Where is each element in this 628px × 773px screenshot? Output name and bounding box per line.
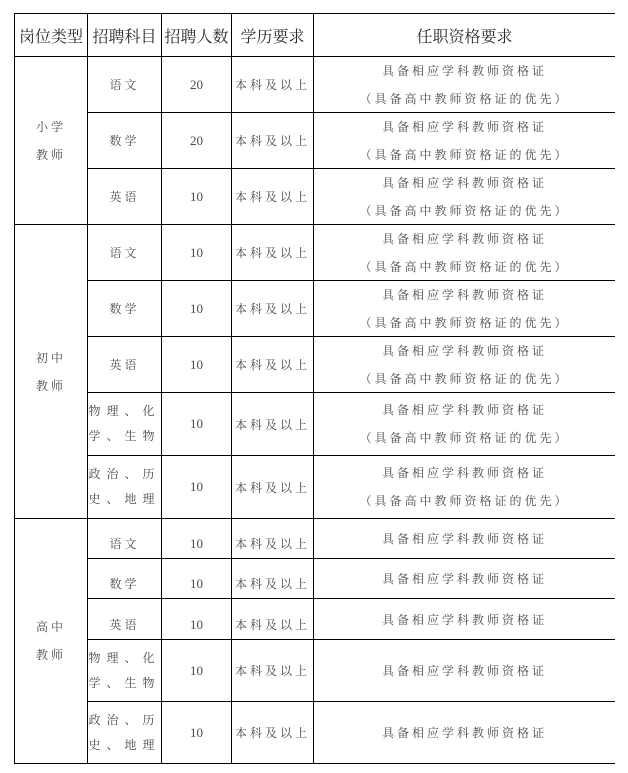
subject-line: 学、生物 <box>88 424 160 449</box>
education-cell: 本科及以上 <box>232 57 313 112</box>
education-cell: 本科及以上 <box>232 519 313 558</box>
qualification-line: 具备相应学科教师资格证 <box>382 225 547 253</box>
group-type-line: 小学 <box>36 113 66 141</box>
count-cell: 10 <box>162 599 231 639</box>
subject-cell: 语文 <box>88 225 161 280</box>
qualification-cell: 具备相应学科教师资格证 （具备高中教师资格证的优先） <box>314 337 615 392</box>
qualification-note: （具备高中教师资格证的优先） <box>359 197 569 225</box>
subject-cell: 物理、化 学、生物 <box>88 393 161 455</box>
qualification-cell: 具备相应学科教师资格证 （具备高中教师资格证的优先） <box>314 225 615 280</box>
education-cell: 本科及以上 <box>232 113 313 168</box>
qualification-line: 具备相应学科教师资格证 <box>382 113 547 141</box>
subject-line: 物理、化 <box>88 399 160 424</box>
subject-cell: 数学 <box>88 281 161 336</box>
subject-line: 政治、历 <box>88 462 160 487</box>
count-cell: 10 <box>162 225 231 280</box>
education-cell: 本科及以上 <box>232 169 313 224</box>
education-cell: 本科及以上 <box>232 337 313 392</box>
subject-cell: 语文 <box>88 57 161 112</box>
subject-cell: 英语 <box>88 599 161 639</box>
group-type-line: 教师 <box>36 641 66 669</box>
qualification-line: 具备相应学科教师资格证 <box>382 337 547 365</box>
subject-cell: 英语 <box>88 169 161 224</box>
qualification-cell: 具备相应学科教师资格证 （具备高中教师资格证的优先） <box>314 113 615 168</box>
count-cell: 10 <box>162 456 231 518</box>
qualification-cell: 具备相应学科教师资格证 （具备高中教师资格证的优先） <box>314 456 615 518</box>
count-cell: 10 <box>162 640 231 701</box>
qualification-note: （具备高中教师资格证的优先） <box>359 141 569 169</box>
education-cell: 本科及以上 <box>232 456 313 518</box>
subject-cell: 政治、历 史、地理 <box>88 702 161 763</box>
qualification-cell: 具备相应学科教师资格证 <box>314 519 615 558</box>
subject-cell: 数学 <box>88 113 161 168</box>
count-cell: 10 <box>162 702 231 763</box>
education-cell: 本科及以上 <box>232 559 313 598</box>
count-cell: 10 <box>162 519 231 558</box>
qualification-cell: 具备相应学科教师资格证 <box>314 599 615 639</box>
subject-line: 物理、化 <box>88 646 160 671</box>
education-cell: 本科及以上 <box>232 281 313 336</box>
education-cell: 本科及以上 <box>232 640 313 701</box>
count-cell: 10 <box>162 169 231 224</box>
qualification-line: 具备相应学科教师资格证 <box>382 169 547 197</box>
subject-line: 史、地理 <box>88 733 160 758</box>
qualification-line: 具备相应学科教师资格证 <box>382 396 547 424</box>
header-count: 招聘人数 <box>162 14 231 56</box>
count-cell: 10 <box>162 393 231 455</box>
subject-cell: 语文 <box>88 519 161 558</box>
qualification-note: （具备高中教师资格证的优先） <box>359 365 569 393</box>
group-type-line: 高中 <box>36 613 66 641</box>
count-cell: 20 <box>162 113 231 168</box>
education-cell: 本科及以上 <box>232 225 313 280</box>
subject-cell: 物理、化 学、生物 <box>88 640 161 701</box>
qualification-cell: 具备相应学科教师资格证 <box>314 559 615 598</box>
group-type-line: 初中 <box>36 344 66 372</box>
qualification-note: （具备高中教师资格证的优先） <box>359 309 569 337</box>
qualification-note: （具备高中教师资格证的优先） <box>359 487 569 515</box>
qualification-line: 具备相应学科教师资格证 <box>382 281 547 309</box>
header-education: 学历要求 <box>232 14 313 56</box>
header-position-type: 岗位类型 <box>15 14 87 56</box>
subject-line: 政治、历 <box>88 708 160 733</box>
subject-line: 史、地理 <box>88 487 160 512</box>
count-cell: 10 <box>162 559 231 598</box>
qualification-cell: 具备相应学科教师资格证 （具备高中教师资格证的优先） <box>314 169 615 224</box>
count-cell: 10 <box>162 281 231 336</box>
count-cell: 20 <box>162 57 231 112</box>
subject-cell: 政治、历 史、地理 <box>88 456 161 518</box>
qualification-cell: 具备相应学科教师资格证 （具备高中教师资格证的优先） <box>314 57 615 112</box>
group-type-junior: 初中 教师 <box>15 225 87 518</box>
subject-line: 学、生物 <box>88 671 160 696</box>
subject-cell: 数学 <box>88 559 161 598</box>
count-cell: 10 <box>162 337 231 392</box>
qualification-line: 具备相应学科教师资格证 <box>382 57 547 85</box>
qualification-note: （具备高中教师资格证的优先） <box>359 424 569 452</box>
subject-cell: 英语 <box>88 337 161 392</box>
header-qualification: 任职资格要求 <box>314 14 615 56</box>
qualification-note: （具备高中教师资格证的优先） <box>359 85 569 113</box>
table-border-bottom <box>14 763 615 764</box>
qualification-cell: 具备相应学科教师资格证 （具备高中教师资格证的优先） <box>314 281 615 336</box>
education-cell: 本科及以上 <box>232 393 313 455</box>
education-cell: 本科及以上 <box>232 599 313 639</box>
qualification-note: （具备高中教师资格证的优先） <box>359 253 569 281</box>
qualification-cell: 具备相应学科教师资格证 （具备高中教师资格证的优先） <box>314 393 615 455</box>
qualification-cell: 具备相应学科教师资格证 <box>314 702 615 763</box>
qualification-line: 具备相应学科教师资格证 <box>382 459 547 487</box>
education-cell: 本科及以上 <box>232 702 313 763</box>
qualification-cell: 具备相应学科教师资格证 <box>314 640 615 701</box>
group-type-senior: 高中 教师 <box>15 519 87 763</box>
group-type-line: 教师 <box>36 372 66 400</box>
group-type-line: 教师 <box>36 141 66 169</box>
header-subject: 招聘科目 <box>88 14 161 56</box>
group-type-primary: 小学 教师 <box>15 57 87 224</box>
